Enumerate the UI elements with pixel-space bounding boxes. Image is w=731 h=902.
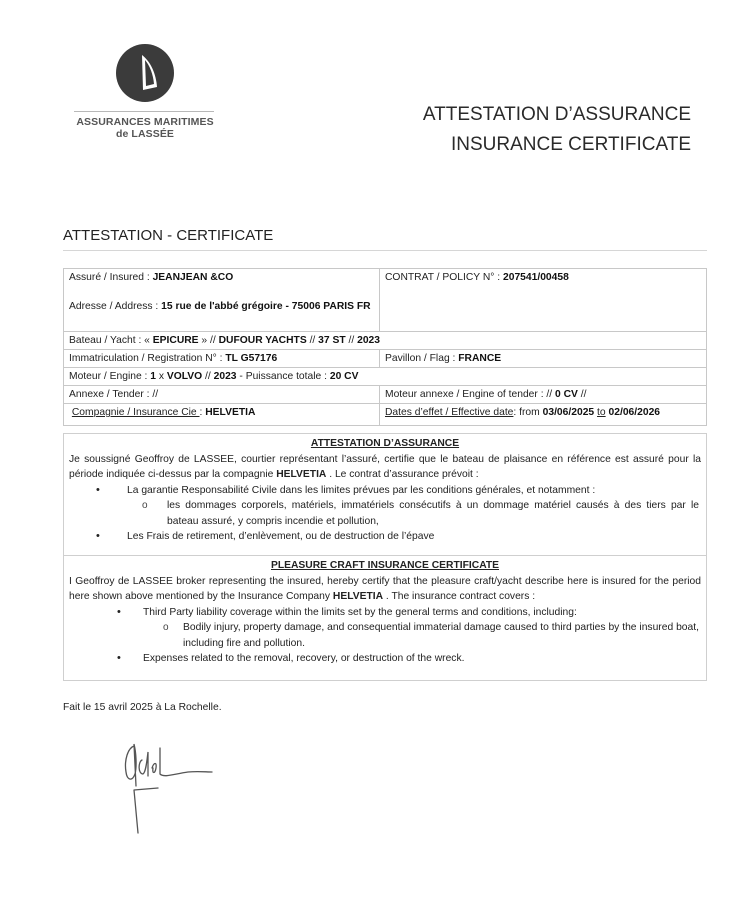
sub-list-item: Bodily injury, property damage, and cons… xyxy=(69,620,701,651)
sailboat-icon xyxy=(116,44,174,102)
engine-make: VOLVO xyxy=(167,371,202,382)
list-item: La garantie Responsabilité Civile dans l… xyxy=(69,483,701,499)
intro-text: . Le contrat d’assurance prévoit : xyxy=(326,469,478,480)
yacht-cell: Bateau / Yacht : « EPICURE » // DUFOUR Y… xyxy=(64,332,707,350)
separator: // xyxy=(307,335,318,346)
company-name: HELVETIA xyxy=(276,469,326,480)
attestation-fr-heading: ATTESTATION D’ASSURANCE xyxy=(69,436,701,452)
engine-year: 2023 xyxy=(214,371,237,382)
dates-cell: Dates d’effet / Effective date: from 03/… xyxy=(380,404,707,426)
dates-to: to xyxy=(597,407,606,418)
policy-details-table: Assuré / Insured : JEANJEAN &CO Adresse … xyxy=(63,268,707,426)
policy-label: CONTRAT / POLICY N° : xyxy=(385,272,503,283)
separator: // xyxy=(578,389,587,400)
tender-engine-label: Moteur annexe / Engine of tender : // xyxy=(385,389,555,400)
intro-text: . The insurance contract covers : xyxy=(383,591,535,602)
date-start: 03/06/2025 xyxy=(543,407,595,418)
company-logo: ASSURANCES MARITIMES de LASSÉE xyxy=(74,44,216,140)
flag-value: FRANCE xyxy=(458,353,501,364)
engine-cell: Moteur / Engine : 1 x VOLVO // 2023 - Pu… xyxy=(64,368,707,386)
attestation-fr-section: ATTESTATION D’ASSURANCE Je soussigné Geo… xyxy=(63,433,707,555)
section-title: ATTESTATION - CERTIFICATE xyxy=(63,227,273,244)
title-en: INSURANCE CERTIFICATE xyxy=(423,130,691,160)
engine-multiplier: x xyxy=(156,371,167,382)
engine-power-label: - Puissance totale : xyxy=(237,371,330,382)
company-cell: Compagnie / Insurance Cie : HELVETIA xyxy=(64,404,380,426)
sub-list-item: les dommages corporels, matériels, immat… xyxy=(69,498,701,529)
date-end: 02/06/2026 xyxy=(609,407,661,418)
company-name: HELVETIA xyxy=(333,591,383,602)
yacht-label: Bateau / Yacht : « xyxy=(69,335,153,346)
dates-label: Dates d’effet / Effective date xyxy=(385,407,513,418)
company-name-line1: ASSURANCES MARITIMES xyxy=(74,116,216,128)
insured-value: JEANJEAN &CO xyxy=(153,272,234,283)
flag-cell: Pavillon / Flag : FRANCE xyxy=(380,350,707,368)
yacht-builder: DUFOUR YACHTS xyxy=(219,335,307,346)
separator: » // xyxy=(199,335,219,346)
insured-label: Assuré / Insured : xyxy=(69,272,153,283)
list-item: Les Frais de retirement, d’enlèvement, o… xyxy=(69,529,701,545)
flag-label: Pavillon / Flag : xyxy=(385,353,458,364)
list-item: Expenses related to the removal, recover… xyxy=(69,651,701,667)
registration-label: Immatriculation / Registration N° : xyxy=(69,353,225,364)
company-label: Compagnie / Insurance Cie xyxy=(72,407,200,418)
attestation-en-heading: PLEASURE CRAFT INSURANCE CERTIFICATE xyxy=(69,558,701,574)
attestation-fr-intro: Je soussigné Geoffroy de LASSEE, courtie… xyxy=(69,452,701,483)
list-item: Third Party liability coverage within th… xyxy=(69,605,701,621)
signature-image xyxy=(118,738,228,843)
yacht-model: 37 ST xyxy=(318,335,345,346)
section-divider xyxy=(63,250,707,251)
separator: // xyxy=(346,335,357,346)
engine-label: Moteur / Engine : xyxy=(69,371,150,382)
logo-divider xyxy=(74,111,214,112)
tender-cell: Annexe / Tender : // xyxy=(64,386,380,404)
attestation-en-section: PLEASURE CRAFT INSURANCE CERTIFICATE I G… xyxy=(63,555,707,681)
address-label: Adresse / Address : xyxy=(69,301,161,312)
registration-cell: Immatriculation / Registration N° : TL G… xyxy=(64,350,380,368)
tender-label: Annexe / Tender : // xyxy=(69,389,158,400)
yacht-name: EPICURE xyxy=(153,335,199,346)
tender-engine-value: 0 CV xyxy=(555,389,578,400)
yacht-year: 2023 xyxy=(357,335,380,346)
engine-power-value: 20 CV xyxy=(330,371,359,382)
company-value: HELVETIA xyxy=(205,407,255,418)
separator: // xyxy=(202,371,213,382)
company-name-line2: de LASSÉE xyxy=(74,128,216,140)
dates-from: : from xyxy=(513,407,542,418)
address-value: 15 rue de l'abbé grégoire - 75006 PARIS … xyxy=(161,301,370,312)
title-fr: ATTESTATION D’ASSURANCE xyxy=(423,100,691,130)
policy-number: 207541/00458 xyxy=(503,272,569,283)
document-title: ATTESTATION D’ASSURANCE INSURANCE CERTIF… xyxy=(423,100,691,160)
tender-engine-cell: Moteur annexe / Engine of tender : // 0 … xyxy=(380,386,707,404)
policy-cell: CONTRAT / POLICY N° : 207541/00458 xyxy=(380,269,707,332)
attestation-en-intro: I Geoffroy de LASSEE broker representing… xyxy=(69,574,701,605)
registration-value: TL G57176 xyxy=(225,353,277,364)
insured-cell: Assuré / Insured : JEANJEAN &CO Adresse … xyxy=(64,269,380,332)
place-and-date: Fait le 15 avril 2025 à La Rochelle. xyxy=(63,702,222,713)
